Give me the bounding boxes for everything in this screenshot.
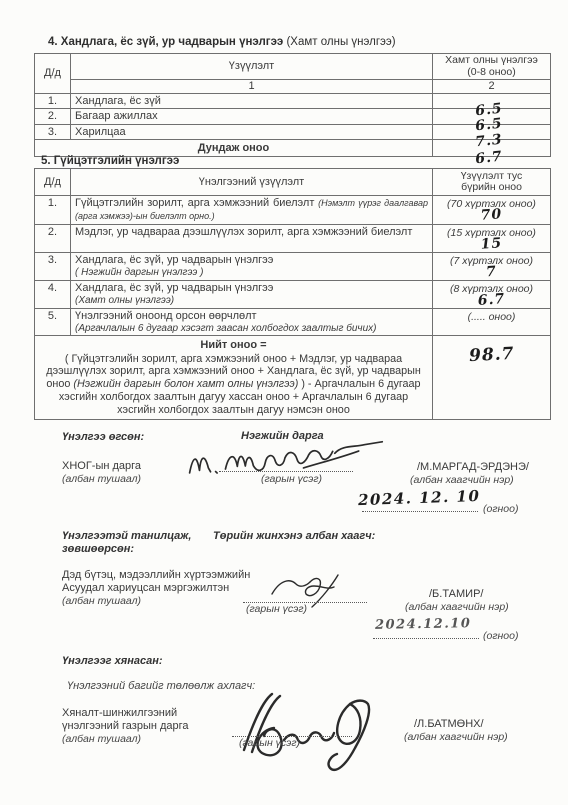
sig1-position-caption: (албан тушаал) — [62, 473, 141, 485]
scanned-evaluation-form: 4. Хандлага, ёс зүй, ур чадварын үнэлгээ… — [0, 0, 568, 805]
sig3-section-title: Үнэлгээг хянасан: — [62, 655, 163, 668]
signature-3-scribble — [228, 688, 388, 778]
row-text: Гүйцэтгэлийн зорилт, арга хэмжээний биел… — [71, 196, 433, 225]
performance-evaluation-table: Д/д Үнэлгээний үзүүлэлт Үзүүлэлт тус бүр… — [34, 168, 551, 420]
peer-header-indicator: Үзүүлэлт — [71, 54, 433, 80]
total-score-formula: Нийт оноо = ( Гүйцэтгэлийн зорилт, арга … — [35, 336, 433, 420]
sig1-name: /М.МАРГАД-ЭРДЭНЭ/ — [417, 461, 529, 474]
row-label: Багаар ажиллах — [71, 109, 433, 125]
table-row: 2. Мэдлэг, ур чадвараа дээшлүүлэх зорилт… — [35, 225, 551, 253]
peer-header-score: Хамт олны үнэлгээ (0-8 оноо) — [433, 54, 551, 80]
row-main-text: Үнэлгээний оноонд орсон өөрчлөлт — [75, 310, 428, 323]
row-score-cell: (8 хүртэлх оноо) 6.7 — [433, 281, 551, 309]
average-score-cell: 6.7 — [433, 140, 551, 157]
sig2-section-title-line2: зөвшөөрсөн: — [62, 543, 134, 556]
total-score-body: ( Гүйцэтгэлийн зорилт, арга хэмжээний он… — [45, 353, 422, 417]
table-row: 3. Хандлага, ёс зүй, ур чадварын үнэлгээ… — [35, 253, 551, 281]
total-score-row: Нийт оноо = ( Гүйцэтгэлийн зорилт, арга … — [35, 336, 551, 420]
section4-heading-bold: 4. Хандлага, ёс зүй, ур чадварын үнэлгээ — [48, 36, 283, 48]
row-main-text: Хандлага, ёс зүй, ур чадварын үнэлгээ — [75, 254, 428, 267]
sig1-position: ХНОГ-ын дарга — [62, 460, 141, 473]
row-number: 3. — [35, 124, 71, 140]
section5-heading: 5. Гүйцэтгэлийн үнэлгээ — [41, 155, 179, 167]
row-number: 1. — [35, 93, 71, 109]
table-row: 4. Хандлага, ёс зүй, ур чадварын үнэлгээ… — [35, 281, 551, 309]
sig2-position-line1: Дэд бүтэц, мэдээллийн хүртээмжийн — [62, 569, 250, 582]
total-body-italic: (Нэгжийн даргын болон хамт олны үнэлгээ) — [73, 378, 298, 390]
peer-header-score-line1: Хамт олны үнэлгээ — [437, 55, 546, 67]
row-number: 1. — [35, 196, 71, 225]
sig1-signature-dotline — [219, 470, 353, 472]
row-note: (Аргачлалын 6 дугаар хэсэгт заасан холбо… — [75, 323, 428, 335]
sig3-subtitle: Үнэлгээний багийг төлөөлж ахлагч: — [67, 680, 255, 692]
row-number: 2. — [35, 109, 71, 125]
row-score-cell: 6.5 — [433, 109, 551, 125]
peer-table-subheader-row: 1 2 — [35, 80, 551, 94]
row-score-cell: (7 хүртэлх оноо) 7 — [433, 253, 551, 281]
sig1-date-dotline — [362, 510, 478, 512]
row-text: Хандлага, ёс зүй, ур чадварын үнэлгээ (Х… — [71, 281, 433, 309]
row-number: 2. — [35, 225, 71, 253]
row-number: 5. — [35, 309, 71, 336]
perf-header-score: Үзүүлэлт тус бүрийн оноо — [433, 169, 551, 196]
sig3-position-line2: үнэлгээний газрын дарга — [62, 720, 189, 733]
sig2-position-caption: (албан тушаал) — [62, 595, 141, 607]
table-row: 5. Үнэлгээний оноонд орсон өөрчлөлт (Арг… — [35, 309, 551, 336]
peer-subheader-score: 2 — [433, 80, 551, 94]
row-score-cell: 6.5 — [433, 93, 551, 109]
sig3-name-caption: (албан хаагчийн нэр) — [404, 731, 508, 743]
perf-table-header-row: Д/д Үнэлгээний үзүүлэлт Үзүүлэлт тус бүр… — [35, 169, 551, 196]
sig2-section-title-line1: Үнэлгээтэй танилцаж, — [62, 530, 191, 543]
average-score-row: Дундаж оноо 6.7 — [35, 140, 551, 157]
sig2-sign-caption: (гарын үсэг) — [246, 603, 307, 615]
row-score-cell: 7.3 — [433, 124, 551, 140]
total-score-title: Нийт оноо = — [45, 339, 422, 352]
sig3-name: /Л.БАТМӨНХ/ — [414, 718, 484, 731]
table-row: 3. Харилцаа 7.3 — [35, 124, 551, 140]
peer-subheader-indicator: 1 — [71, 80, 433, 94]
sig2-position-line2: Асуудал хариуцсан мэргэжилтэн — [62, 582, 229, 595]
row-text: Хандлага, ёс зүй, ур чадварын үнэлгээ ( … — [71, 253, 433, 281]
sig3-position-caption: (албан тушаал) — [62, 733, 141, 745]
row-main-text: Гүйцэтгэлийн зорилт, арга хэмжээний биел… — [75, 197, 318, 209]
row-note: (Хамт олны үнэлгээ) — [75, 295, 428, 307]
handwritten-average-score: 6.7 — [475, 150, 504, 165]
sig2-name-caption: (албан хаагчийн нэр) — [405, 601, 509, 613]
row-number: 3. — [35, 253, 71, 281]
peer-evaluation-table: Д/д Үзүүлэлт Хамт олны үнэлгээ (0-8 оноо… — [34, 53, 551, 157]
table-row: 2. Багаар ажиллах 6.5 — [35, 109, 551, 125]
peer-header-score-line2: (0-8 оноо) — [437, 67, 546, 79]
sig1-handwritten-date: 2024. 12. 10 — [358, 487, 481, 509]
max-score-text: (..... оноо) — [435, 310, 548, 323]
row-text: Мэдлэг, ур чадвараа дээшлүүлэх зорилт, а… — [71, 225, 433, 253]
sig2-date-caption: (огноо) — [483, 630, 518, 642]
row-number: 4. — [35, 281, 71, 309]
table-row: 1. Гүйцэтгэлийн зорилт, арга хэмжээний б… — [35, 196, 551, 225]
sig2-name: /Б.ТАМИР/ — [429, 588, 483, 601]
sig3-position-line1: Хяналт-шинжилгээний — [62, 707, 177, 720]
row-text: Үнэлгээний оноонд орсон өөрчлөлт (Аргачл… — [71, 309, 433, 336]
perf-header-score-line2: бүрийн оноо — [437, 182, 546, 194]
row-main-text: Хандлага, ёс зүй, ур чадварын үнэлгээ — [75, 282, 428, 295]
sig1-name-caption: (албан хаагчийн нэр) — [410, 474, 514, 486]
peer-header-no: Д/д — [35, 54, 71, 94]
handwritten-total-score: 98.7 — [436, 334, 546, 364]
total-score-cell: 98.7 — [433, 336, 551, 420]
section4-heading: 4. Хандлага, ёс зүй, ур чадварын үнэлгээ… — [48, 36, 396, 48]
sig2-handwritten-date: 2024.12.10 — [375, 616, 472, 633]
perf-header-no: Д/д — [35, 169, 71, 196]
row-note: ( Нэгжийн даргын үнэлгээ ) — [75, 267, 428, 279]
row-score-cell: (15 хүртэлх оноо) 15 — [433, 225, 551, 253]
sig3-sign-caption: (гарын үсэг) — [239, 737, 300, 749]
section4-heading-rest: (Хамт олны үнэлгээ) — [283, 36, 395, 48]
sig1-date-caption: (огноо) — [483, 503, 518, 515]
perf-header-indicator: Үнэлгээний үзүүлэлт — [71, 169, 433, 196]
row-label: Хандлага, ёс зүй — [71, 93, 433, 109]
sig1-section-title: Үнэлгээ өгсөн: — [62, 431, 144, 444]
table-row: 1. Хандлага, ёс зүй 6.5 — [35, 93, 551, 109]
sig1-sign-caption: (гарын үсэг) — [261, 473, 322, 485]
average-score-label: Дундаж оноо — [35, 140, 433, 157]
row-label: Харилцаа — [71, 124, 433, 140]
sig2-role-header: Төрийн жинхэнэ албан хаагч: — [213, 530, 375, 543]
sig2-date-dotline — [373, 637, 479, 639]
row-score-cell: (..... оноо) — [433, 309, 551, 336]
peer-table-header-row: Д/д Үзүүлэлт Хамт олны үнэлгээ (0-8 оноо… — [35, 54, 551, 80]
row-score-cell: (70 хүртэлх оноо) 70 — [433, 196, 551, 225]
